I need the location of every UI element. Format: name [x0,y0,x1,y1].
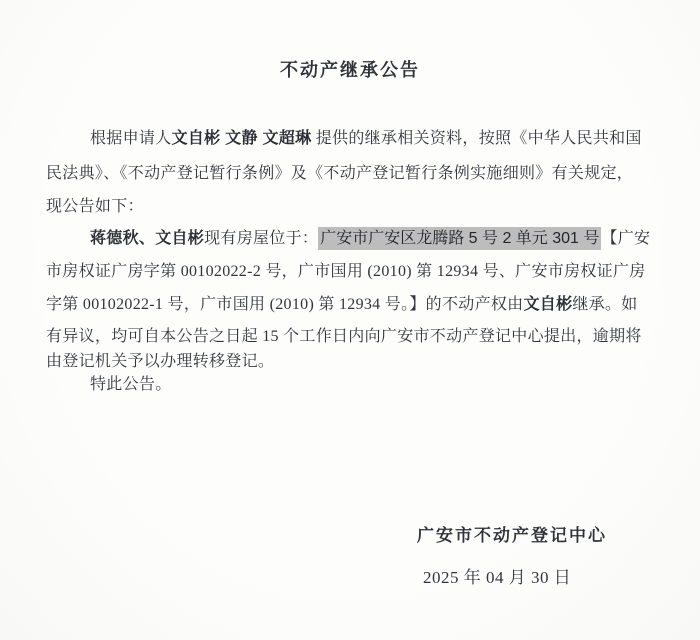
announcement-document: 不动产继承公告 根据申请人文自彬 文静 文超琳 提供的继承相关资料，按照《中华人… [0,0,700,640]
paragraph1-line2: 民法典》、《不动产登记暂行条例》及《不动产登记暂行条例实施细则》有关规定， [46,164,633,184]
paragraph1-line1: 根据申请人文自彬 文静 文超琳 提供的继承相关资料，按照《中华人民共和国 [90,129,642,149]
paragraph1-line3: 现公告如下： [46,197,144,217]
doc-title: 不动产继承公告 [0,56,700,82]
issuer-signature: 广安市不动产登记中心 [417,521,607,546]
text-run: 特此公告。 [90,376,172,393]
paragraph2-line5: 由登记机关予以办理转移登记。 [46,352,274,372]
text-run: 【广安 [601,230,650,247]
paragraph2-line1: 蒋德秋、文自彬现有房屋位于：广安市广安区龙腾路 5 号 2 单元 301 号【广… [90,229,650,249]
highlighted-address: 广安市广安区龙腾路 5 号 2 单元 301 号 [318,227,601,250]
text-run: 民法典》、《不动产登记暂行条例》及《不动产登记暂行条例实施细则》有关规定， [46,165,633,182]
text-run: 字第 00102022-1 号，广市国用 (2010) 第 12934 号。】的… [46,296,523,313]
paragraph2-line2: 市房权证广房字第 00102022-2 号，广市国用 (2010) 第 1293… [46,262,646,282]
issue-date: 2025 年 04 月 30 日 [423,563,571,588]
person-name: 文自彬 [523,296,572,313]
text-run: 由登记机关予以办理转移登记。 [46,353,274,370]
person-name: 文自彬 文静 文超琳 [172,130,312,147]
text-run: 现公告如下： [46,198,144,215]
text-run: 有异议，均可自本公告之日起 15 个工作日内向广安市不动产登记中心提出，逾期将 [46,328,642,345]
text-run: 继承。如 [572,296,637,313]
person-name: 蒋德秋、文自彬 [90,230,204,247]
paragraph2-line3: 字第 00102022-1 号，广市国用 (2010) 第 12934 号。】的… [46,295,638,315]
text-run: 市房权证广房字第 00102022-2 号，广市国用 (2010) 第 1293… [46,263,646,280]
closing-statement: 特此公告。 [90,375,172,395]
text-run: 根据申请人 [90,130,172,147]
paragraph2-line4: 有异议，均可自本公告之日起 15 个工作日内向广安市不动产登记中心提出，逾期将 [46,327,642,347]
text-run: 提供的继承相关资料，按照《中华人民共和国 [311,130,641,147]
text-run: 现有房屋位于： [204,230,318,247]
